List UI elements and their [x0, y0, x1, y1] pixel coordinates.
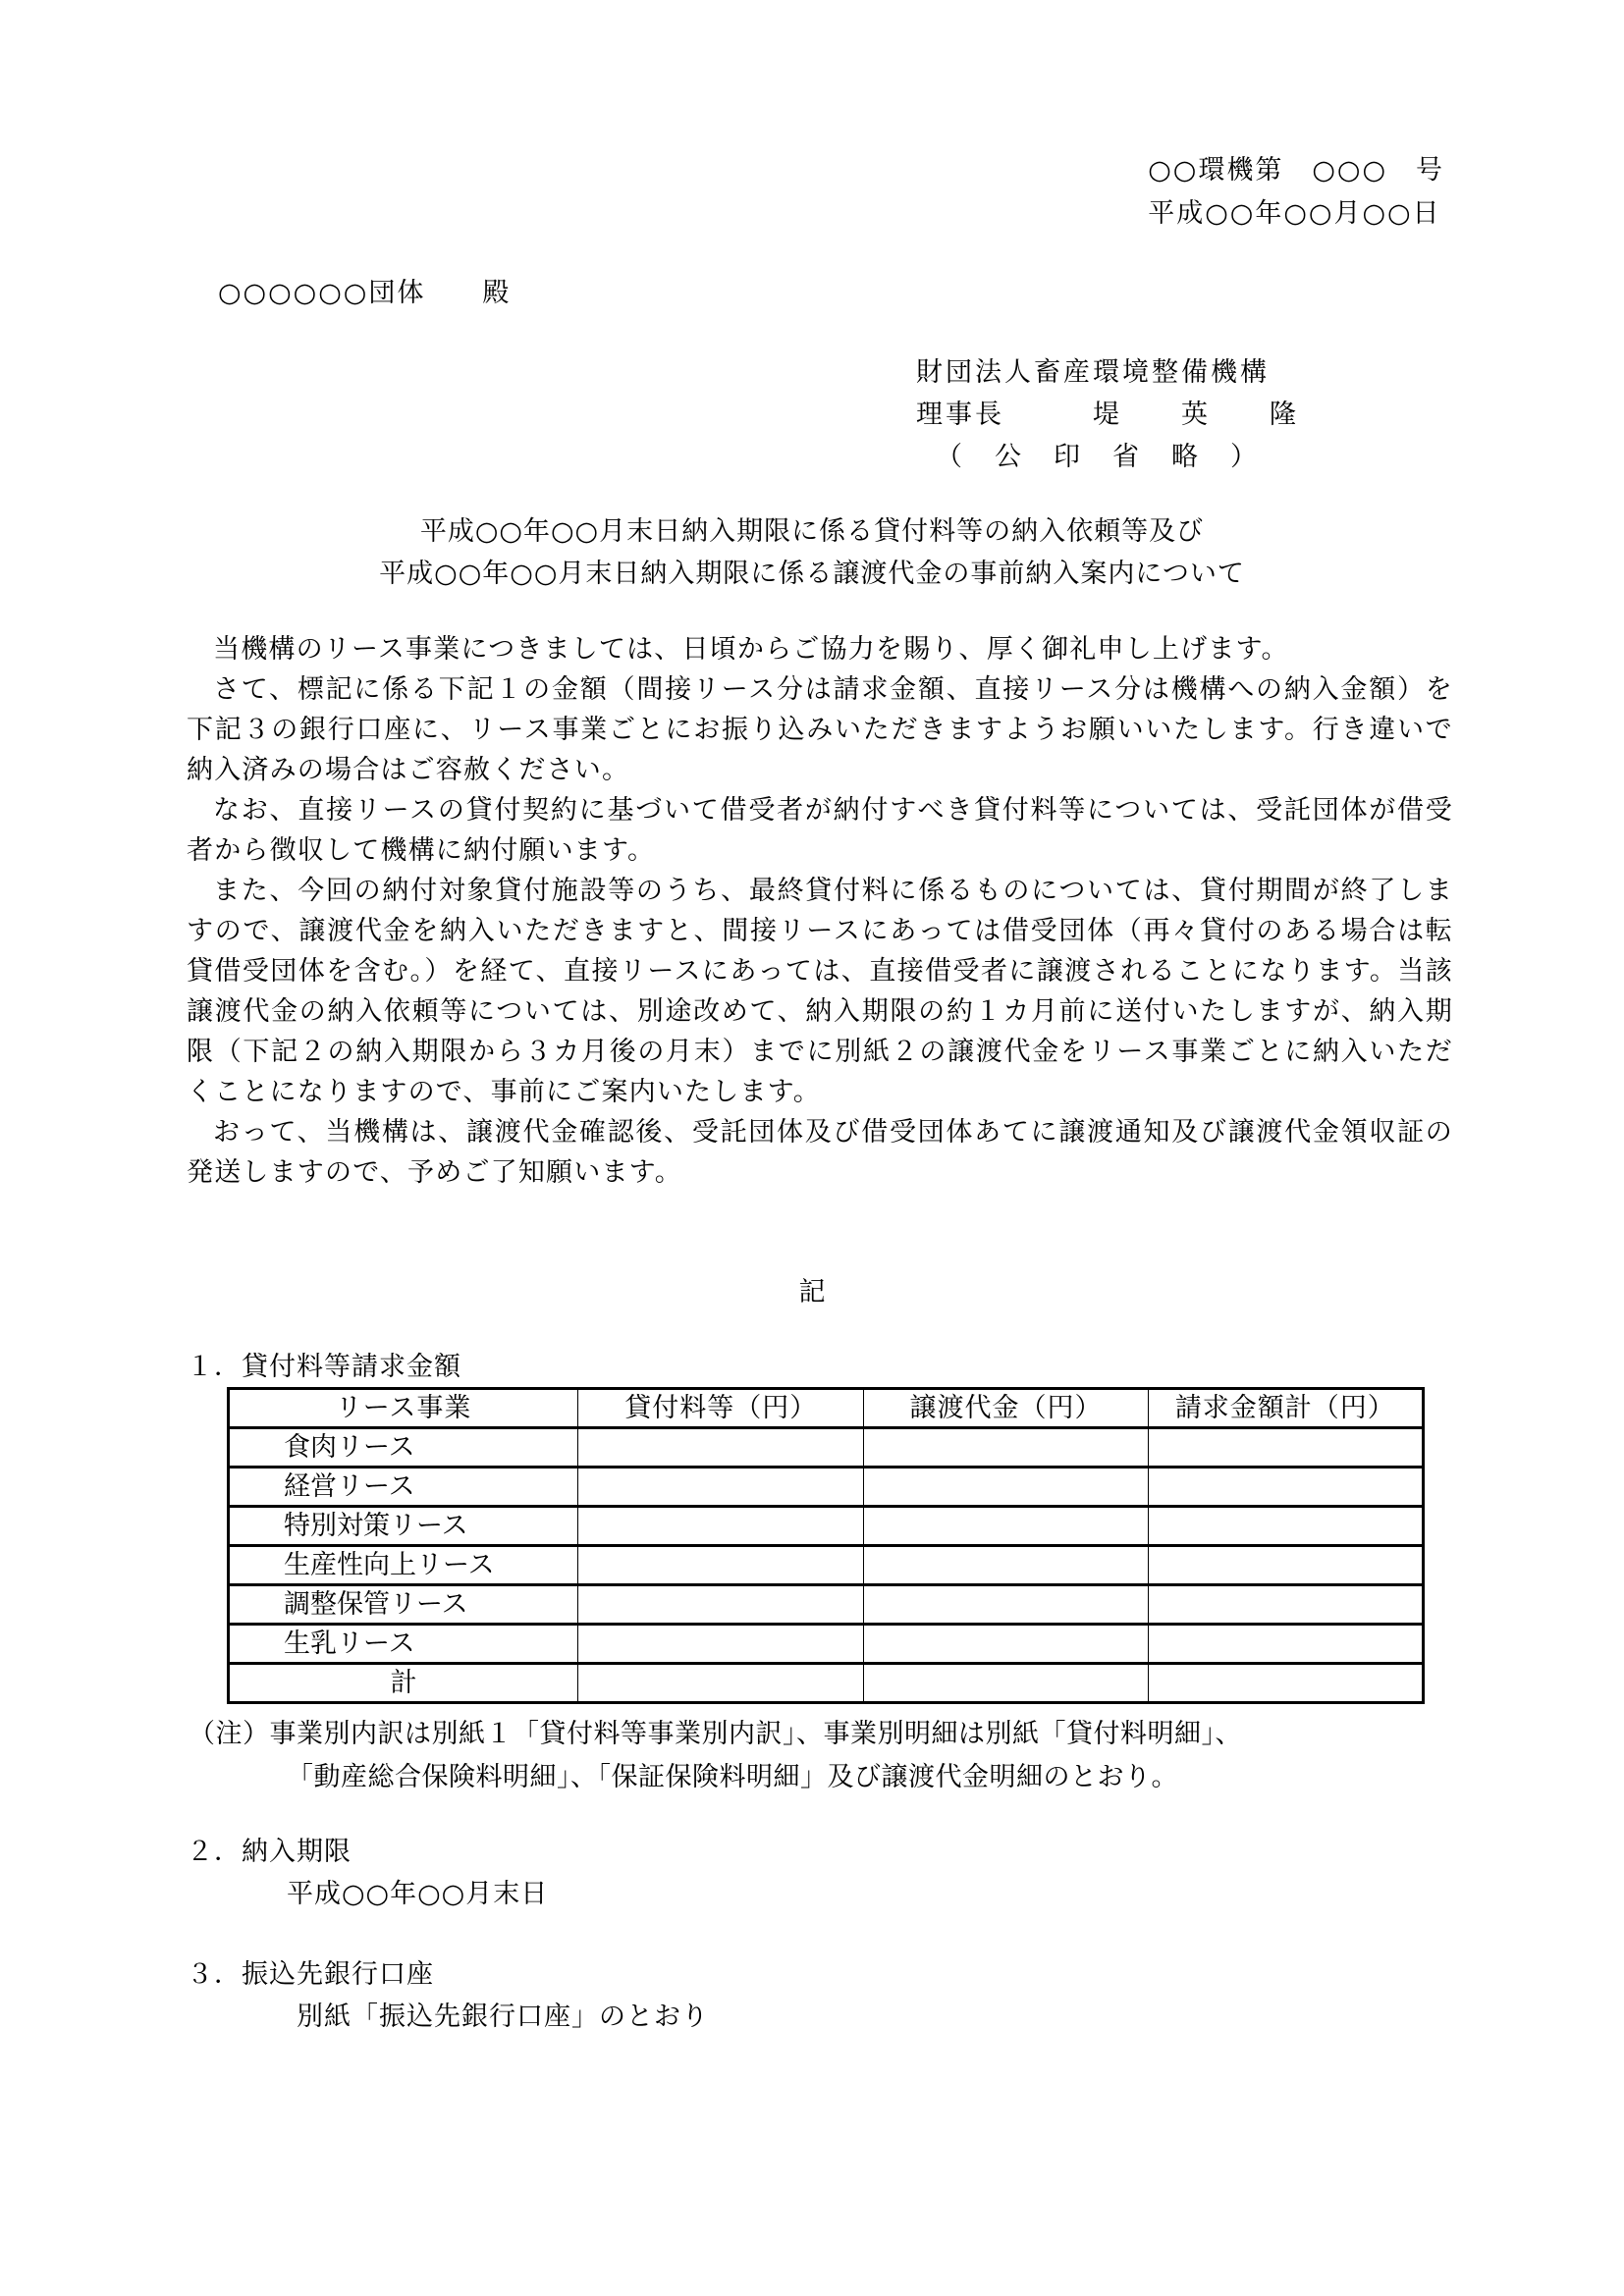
cell-total [1148, 1507, 1423, 1546]
cell-transfer-price [864, 1546, 1148, 1585]
cell-loan-fee-total [578, 1664, 864, 1703]
row-lease-name: 生乳リース [229, 1625, 578, 1664]
cell-total [1148, 1428, 1423, 1468]
cell-loan-fee [578, 1546, 864, 1585]
cell-loan-fee [578, 1428, 864, 1468]
sender-organization: 財団法人畜産環境整備機構 [916, 351, 1299, 394]
section-3-heading: ３．振込先銀行口座 [187, 1952, 434, 1991]
note-line-2: 「動産総合保険料明細」、「保証保険料明細」及び譲渡代金明細のとおり。 [189, 1756, 1242, 1799]
table-row: 生産性向上リース [229, 1546, 1424, 1585]
cell-grand-total [1148, 1664, 1423, 1703]
billing-amount-table: リース事業 貸付料等（円） 譲渡代金（円） 請求金額計（円） 食肉リース 経営リ… [227, 1387, 1425, 1704]
section-2-heading: ２．納入期限 [187, 1830, 352, 1868]
cell-transfer-price [864, 1585, 1148, 1625]
body-paragraph: 当機構のリース事業につきましては、日頃からご協力を賜り、厚く御礼申し上げます。 [187, 629, 1453, 669]
body-paragraph: なお、直接リースの貸付契約に基づいて借受者が納付すべき貸付料等については、受託団… [187, 790, 1453, 871]
document-reference-block: ○○環機第 ○○○ 号 平成○○年○○月○○日 [1148, 149, 1444, 236]
sender-name: 理事長 堤 英 隆 [916, 394, 1299, 436]
row-lease-name: 食肉リース [229, 1428, 578, 1468]
cell-transfer-price [864, 1428, 1148, 1468]
title-line-2: 平成○○年○○月末日納入期限に係る譲渡代金の事前納入案内について [0, 553, 1624, 595]
column-header-loan-fee: 貸付料等（円） [578, 1389, 864, 1428]
cell-loan-fee [578, 1585, 864, 1625]
cell-total [1148, 1625, 1423, 1664]
document-date: 平成○○年○○月○○日 [1148, 192, 1444, 236]
table-row: 食肉リース [229, 1428, 1424, 1468]
cell-total [1148, 1546, 1423, 1585]
cell-transfer-price [864, 1625, 1148, 1664]
bank-account-reference: 別紙「振込先銀行口座」のとおり [297, 1995, 709, 2033]
cell-loan-fee [578, 1468, 864, 1507]
sender-block: 財団法人畜産環境整備機構 理事長 堤 英 隆 （ 公 印 省 略 ） [916, 351, 1299, 478]
payment-deadline: 平成○○年○○月末日 [287, 1872, 548, 1910]
body-paragraph: また、今回の納付対象貸付施設等のうち、最終貸付料に係るものについては、貸付期間が… [187, 871, 1453, 1112]
cell-total [1148, 1585, 1423, 1625]
row-lease-name: 調整保管リース [229, 1585, 578, 1625]
table-row: 生乳リース [229, 1625, 1424, 1664]
row-total-label: 計 [229, 1664, 578, 1703]
column-header-total: 請求金額計（円） [1148, 1389, 1423, 1428]
row-lease-name: 生産性向上リース [229, 1546, 578, 1585]
table-header-row: リース事業 貸付料等（円） 譲渡代金（円） 請求金額計（円） [229, 1389, 1424, 1428]
table-row: 経営リース [229, 1468, 1424, 1507]
table-note: （注）事業別内訳は別紙１「貸付料等事業別内訳」、事業別明細は別紙「貸付料明細」、… [189, 1713, 1242, 1799]
addressee: ○○○○○○団体 殿 [218, 271, 511, 309]
document-number: ○○環機第 ○○○ 号 [1148, 149, 1444, 192]
body-paragraph: さて、標記に係る下記１の金額（間接リース分は請求金額、直接リース分は機構への納入… [187, 669, 1453, 790]
body-paragraph: おって、当機構は、譲渡代金確認後、受託団体及び借受団体あてに譲渡通知及び譲渡代金… [187, 1112, 1453, 1193]
row-lease-name: 特別対策リース [229, 1507, 578, 1546]
title-line-1: 平成○○年○○月末日納入期限に係る貸付料等の納入依頼等及び [0, 510, 1624, 553]
section-1-heading: １．貸付料等請求金額 [187, 1345, 461, 1383]
seal-note: （ 公 印 省 略 ） [916, 436, 1299, 478]
ki-label: 記 [0, 1270, 1624, 1308]
column-header-lease-business: リース事業 [229, 1389, 578, 1428]
cell-transfer-price [864, 1468, 1148, 1507]
cell-total [1148, 1468, 1423, 1507]
row-lease-name: 経営リース [229, 1468, 578, 1507]
body-text: 当機構のリース事業につきましては、日頃からご協力を賜り、厚く御礼申し上げます。 … [187, 629, 1453, 1193]
table-row: 調整保管リース [229, 1585, 1424, 1625]
cell-transfer-price-total [864, 1664, 1148, 1703]
cell-transfer-price [864, 1507, 1148, 1546]
note-line-1: （注）事業別内訳は別紙１「貸付料等事業別内訳」、事業別明細は別紙「貸付料明細」、 [189, 1713, 1242, 1756]
cell-loan-fee [578, 1625, 864, 1664]
cell-loan-fee [578, 1507, 864, 1546]
column-header-transfer-price: 譲渡代金（円） [864, 1389, 1148, 1428]
table-row: 特別対策リース [229, 1507, 1424, 1546]
table-total-row: 計 [229, 1664, 1424, 1703]
document-title: 平成○○年○○月末日納入期限に係る貸付料等の納入依頼等及び 平成○○年○○月末日… [0, 510, 1624, 595]
